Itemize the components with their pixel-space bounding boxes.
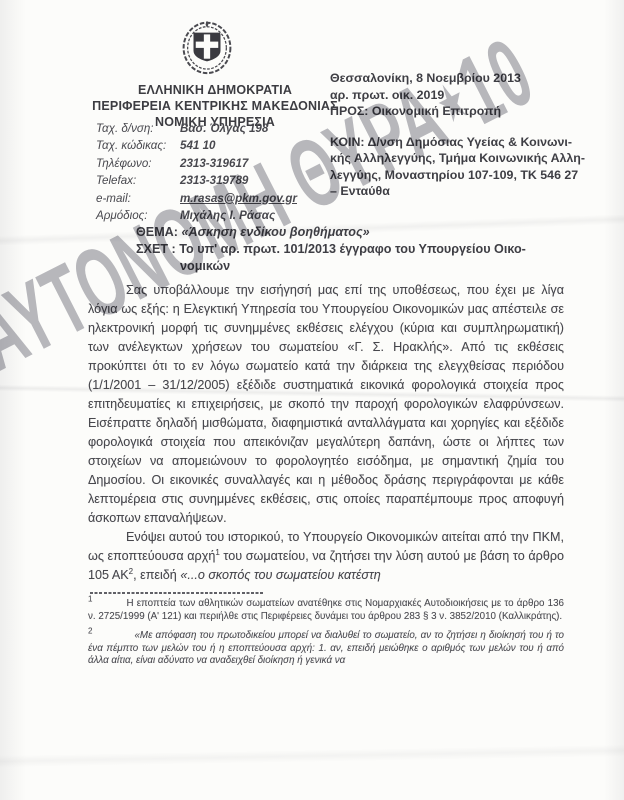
- contact-label: Ταχ. κώδικας:: [96, 137, 180, 154]
- region-title: ΠΕΡΙΦΕΡΕΙΑ ΚΕΝΤΡΙΚΗΣ ΜΑΚΕΔΟΝΙΑΣ: [70, 98, 360, 114]
- footnote-1-text: Η εποπτεία των αθλητικών σωματείων ανατέ…: [88, 598, 564, 622]
- footnote-separator: [90, 592, 264, 594]
- contact-value: 2313-319789: [180, 172, 248, 189]
- subject-line: ΘΕΜΑ: «Άσκηση ενδίκου βοηθήματος»: [136, 224, 566, 241]
- greek-coat-of-arms: [180, 18, 234, 76]
- place-date-line: Θεσσαλονίκη, 8 Νοεμβρίου 2013: [330, 70, 612, 87]
- cc-block: ΚΟΙΝ: Δ/νση Δημόσιας Υγείας & Κοινωνι- κ…: [330, 134, 612, 200]
- contact-label: Ταχ. δ/νση:: [96, 120, 180, 137]
- paragraph-2-quote: «...ο σκοπός του σωματείου κατέστη: [180, 568, 380, 582]
- protocol-line: αρ. πρωτ. οικ. 2019: [330, 87, 612, 104]
- contact-row: Αρμόδιος: Μιχάλης Ι. Ράσας: [96, 207, 376, 224]
- footnote-2: 2«Με απόφαση του πρωτοδικείου μπορεί να …: [88, 630, 564, 668]
- contact-value: Βασ. Όλγας 198: [180, 120, 268, 137]
- cc-line: ΚΟΙΝ: Δ/νση Δημόσιας Υγείας & Κοινωνι-: [330, 134, 612, 151]
- footnote-2-text: «Με απόφαση του πρωτοδικείου μπορεί να δ…: [88, 630, 564, 666]
- reference-line: ΣΧΕΤ : Το υπ' αρ. πρωτ. 101/2013 έγγραφο…: [136, 241, 566, 258]
- cc-line: – Ενταύθα: [330, 183, 612, 200]
- paragraph-1: Σας υποβάλλουμε την εισήγησή μας επί της…: [88, 281, 564, 528]
- paper-crease: [0, 735, 624, 775]
- cc-line: κής Αλληλεγγύης, Τμήμα Κοινωνικής Αλλη-: [330, 150, 612, 167]
- contact-label: Τηλέφωνο:: [96, 155, 180, 172]
- meta-block: Θεσσαλονίκη, 8 Νοεμβρίου 2013 αρ. πρωτ. …: [330, 70, 612, 200]
- contact-value: Μιχάλης Ι. Ράσας: [180, 207, 275, 224]
- contact-value: 541 10: [180, 137, 215, 154]
- paper-crease: [0, 0, 26, 800]
- subject-block: ΘΕΜΑ: «Άσκηση ενδίκου βοηθήματος» ΣΧΕΤ :…: [136, 224, 566, 275]
- republic-title: ΕΛΛΗΝΙΚΗ ΔΗΜΟΚΡΑΤΙΑ: [70, 82, 360, 98]
- contact-value: 2313-319617: [180, 155, 248, 172]
- contact-label: e-mail:: [96, 190, 180, 207]
- paragraph-2: Ενόψει αυτού του ιστορικού, το Υπουργείο…: [88, 528, 564, 585]
- cc-line: λεγγύης, Μοναστηρίου 107-109, ΤΚ 546 27: [330, 167, 612, 184]
- subject-text: «Άσκηση ενδίκου βοηθήματος»: [181, 225, 369, 239]
- contact-label: Αρμόδιος:: [96, 207, 180, 224]
- scanned-document-page: ΕΛΛΗΝΙΚΗ ΔΗΜΟΚΡΑΤΙΑ ΠΕΡΙΦΕΡΕΙΑ ΚΕΝΤΡΙΚΗΣ…: [0, 0, 624, 800]
- subject-label: ΘΕΜΑ:: [136, 225, 178, 239]
- paragraph-2-text: , επειδή: [133, 568, 180, 582]
- reference-label: ΣΧΕΤ :: [136, 242, 176, 256]
- recipient-line: ΠΡΟΣ: Οικονομική Επιτροπή: [330, 103, 612, 120]
- reference-line-continuation: νομικών: [136, 258, 566, 275]
- footnote-1: 1Η εποπτεία των αθλητικών σωματείων ανατ…: [88, 598, 564, 623]
- email-value: m.rasas@pkm.gov.gr: [180, 190, 297, 207]
- contact-label: Telefax:: [96, 172, 180, 189]
- reference-text: Το υπ' αρ. πρωτ. 101/2013 έγγραφο του Υπ…: [179, 242, 526, 256]
- letter-body: Σας υποβάλλουμε την εισήγησή μας επί της…: [88, 281, 564, 675]
